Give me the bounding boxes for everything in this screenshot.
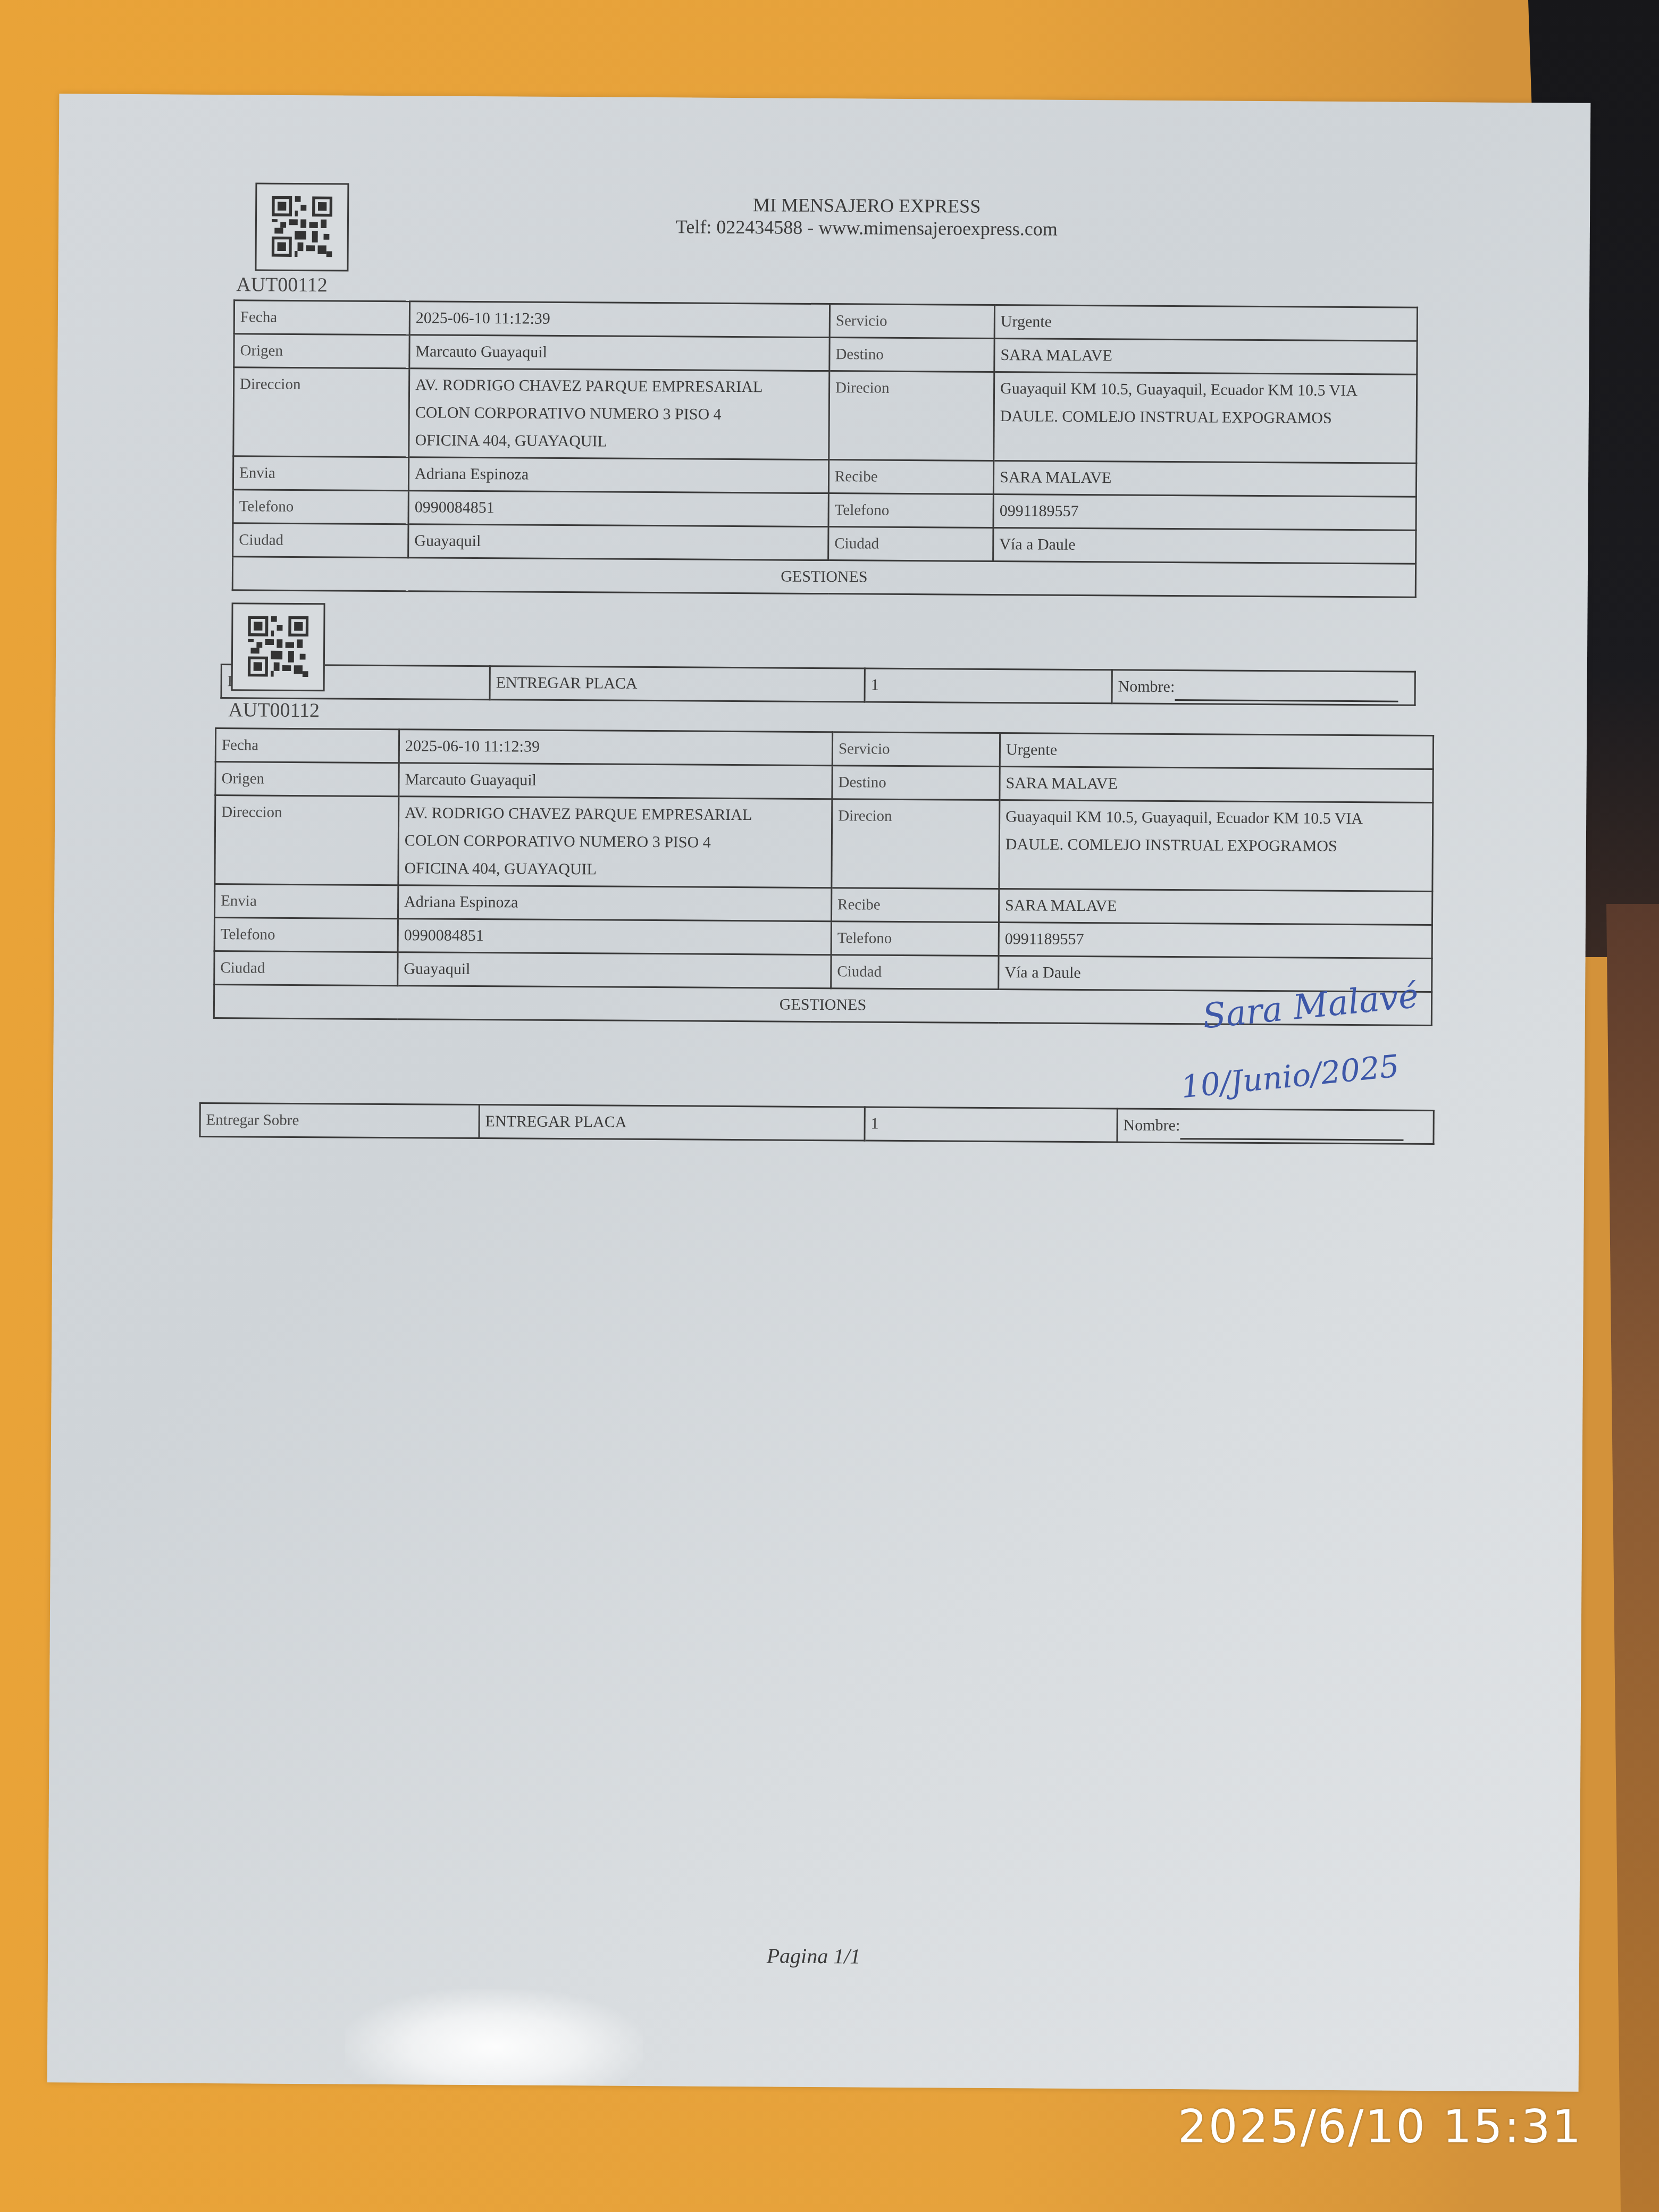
waybill-table: Fecha 2025-06-10 11:12:39 Servicio Urgen…: [213, 727, 1434, 1026]
telefono-origen-value: 0990084851: [408, 491, 828, 527]
nombre-line: [1175, 683, 1398, 702]
ciudad-origen-value: Guayaquil: [408, 524, 828, 560]
table-row: Entregar Sobre ENTREGAR PLACA 1 Nombre:: [200, 1103, 1434, 1144]
direcion-dest-value: Guayaquil KM 10.5, Guayaquil, Ecuador KM…: [994, 372, 1417, 463]
telefono-dest-label: Telefono: [828, 493, 993, 528]
telefono-label: Telefono: [214, 918, 398, 952]
tracking-code: AUT00112: [236, 273, 328, 297]
direccion-value: AV. RODRIGO CHAVEZ PARQUE EMPRESARIAL CO…: [398, 797, 832, 888]
servicio-value: Urgente: [1000, 733, 1433, 769]
servicio-label: Servicio: [832, 732, 1000, 767]
envia-value: Adriana Espinoza: [398, 885, 831, 921]
direccion-value: AV. RODRIGO CHAVEZ PARQUE EMPRESARIAL CO…: [409, 368, 829, 460]
nombre-field: Nombre:: [1117, 1109, 1434, 1144]
ciudad-dest-label: Ciudad: [828, 527, 993, 562]
telefono-origen-value: 0990084851: [398, 919, 831, 955]
telefono-destino-value: 0991189557: [993, 494, 1416, 530]
destino-value: SARA MALAVE: [994, 338, 1417, 374]
direccion-line: OFICINA 404, GUAYAQUIL: [415, 426, 823, 457]
direccion-line: COLON CORPORATIVO NUMERO 3 PISO 4: [405, 827, 826, 857]
direcion-dest-label: Direcion: [832, 799, 1000, 889]
nombre-field: Nombre:: [1112, 670, 1415, 705]
ciudad-origen-value: Guayaquil: [398, 952, 831, 988]
fecha-value: 2025-06-10 11:12:39: [399, 730, 832, 766]
origen-value: Marcauto Guayaquil: [409, 335, 829, 371]
direcion-dest-label: Direcion: [829, 371, 994, 461]
gestion-tipo: Entregar Sobre: [200, 1103, 479, 1138]
direcion-dest-value: Guayaquil KM 10.5, Guayaquil, Ecuador KM…: [999, 800, 1433, 892]
gestion-descripcion: ENTREGAR PLACA: [479, 1105, 865, 1141]
recibe-label: Recibe: [831, 888, 999, 923]
gestion-cantidad: 1: [865, 668, 1112, 703]
qr-code-icon: [231, 602, 325, 691]
nombre-label: Nombre:: [1124, 1116, 1180, 1134]
ciudad-label: Ciudad: [233, 523, 408, 558]
table-row: Direccion AV. RODRIGO CHAVEZ PARQUE EMPR…: [233, 367, 1417, 464]
direcion-dest-line: DAULE. COMLEJO INSTRUAL EXPOGRAMOS: [1000, 403, 1411, 433]
table-row: Entregar Sobre ENTREGAR PLACA 1 Nombre:: [221, 665, 1415, 706]
direccion-line: AV. RODRIGO CHAVEZ PARQUE EMPRESARIAL: [415, 371, 823, 401]
page-number: Pagina 1/1: [48, 1939, 1579, 1973]
ciudad-destino-value: Vía a Daule: [993, 527, 1416, 564]
fecha-label: Fecha: [234, 300, 409, 335]
direccion-line: COLON CORPORATIVO NUMERO 3 PISO 4: [415, 399, 823, 429]
tracking-code: AUT00112: [228, 698, 320, 722]
origen-label: Origen: [234, 334, 409, 368]
gestiones-table: Entregar Sobre ENTREGAR PLACA 1 Nombre:: [199, 1102, 1434, 1145]
gestion-descripcion: ENTREGAR PLACA: [490, 666, 865, 702]
ciudad-dest-label: Ciudad: [831, 955, 999, 990]
direccion-label: Direccion: [233, 367, 409, 457]
table-row: Direccion AV. RODRIGO CHAVEZ PARQUE EMPR…: [215, 795, 1433, 892]
waybill-copy-2: AUT00112 Fecha 2025-06-10 11:12:39 Servi…: [59, 94, 1590, 103]
direcion-dest-line: Guayaquil KM 10.5, Guayaquil, Ecuador KM…: [1006, 803, 1427, 833]
origen-label: Origen: [215, 762, 399, 797]
nombre-line: [1180, 1122, 1403, 1141]
envia-label: Envia: [214, 884, 398, 919]
telefono-label: Telefono: [233, 490, 408, 524]
qr-code-icon: [255, 182, 349, 271]
servicio-value: Urgente: [994, 305, 1417, 341]
waybill-copy-1: AUT00112 Fecha 2025-06-10 11:12:39 Servi…: [59, 94, 1590, 103]
direccion-line: AV. RODRIGO CHAVEZ PARQUE EMPRESARIAL: [405, 799, 826, 829]
handwritten-date: 10/Junio/2025: [1179, 1048, 1401, 1105]
envia-value: Adriana Espinoza: [408, 457, 828, 493]
fecha-value: 2025-06-10 11:12:39: [409, 301, 829, 338]
destino-value: SARA MALAVE: [1000, 767, 1433, 803]
envia-label: Envia: [233, 456, 408, 491]
qr-code-glyph: [272, 196, 333, 257]
gestiones-header: GESTIONES: [232, 557, 1415, 598]
fecha-label: Fecha: [215, 728, 399, 763]
direcion-dest-line: Guayaquil KM 10.5, Guayaquil, Ecuador KM…: [1000, 375, 1411, 405]
document-page: MI MENSAJERO EXPRESS Telf: 022434588 - w…: [47, 94, 1591, 2092]
gestiones-table: Entregar Sobre ENTREGAR PLACA 1 Nombre:: [221, 664, 1416, 706]
waybill-table: Fecha 2025-06-10 11:12:39 Servicio Urgen…: [232, 299, 1418, 598]
photo-timestamp: 2025/6/10 15:31: [1178, 2100, 1582, 2154]
direccion-line: OFICINA 404, GUAYAQUIL: [404, 854, 825, 885]
recibe-label: Recibe: [828, 460, 993, 495]
light-glare: [345, 1989, 643, 2086]
qr-code-glyph: [248, 616, 309, 677]
gestion-cantidad: 1: [865, 1107, 1117, 1142]
direccion-label: Direccion: [215, 795, 399, 885]
origen-value: Marcauto Guayaquil: [399, 763, 832, 799]
recibe-value: SARA MALAVE: [993, 460, 1416, 497]
ciudad-label: Ciudad: [214, 951, 398, 986]
direcion-dest-line: DAULE. COMLEJO INSTRUAL EXPOGRAMOS: [1006, 831, 1427, 861]
destino-label: Destino: [829, 338, 994, 372]
telefono-dest-label: Telefono: [831, 921, 999, 956]
table-row: GESTIONES: [232, 557, 1415, 598]
telefono-destino-value: 0991189557: [999, 923, 1432, 959]
recibe-value: SARA MALAVE: [999, 889, 1432, 925]
destino-label: Destino: [832, 766, 1000, 800]
servicio-label: Servicio: [829, 304, 994, 339]
nombre-label: Nombre:: [1118, 677, 1175, 696]
